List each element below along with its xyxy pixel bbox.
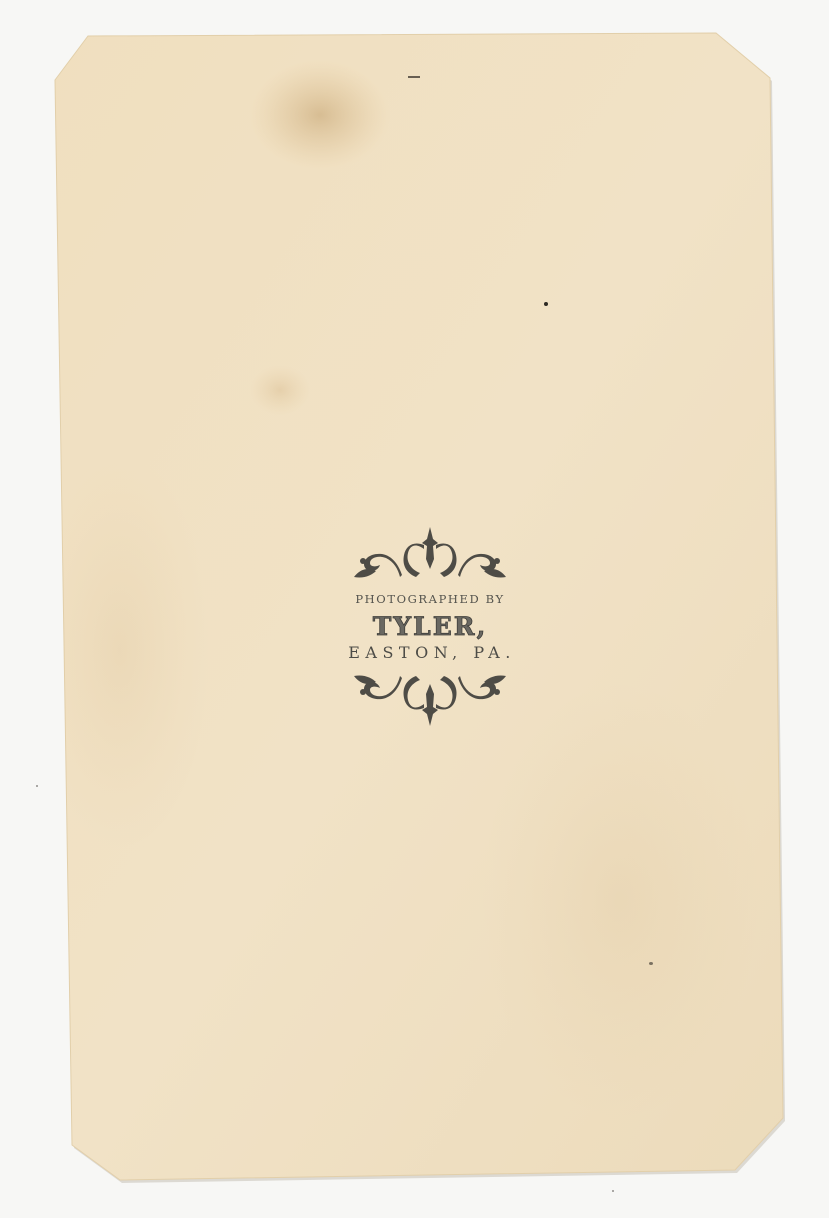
bottom-flourish-ornament-icon bbox=[350, 670, 510, 728]
studio-location: EASTON, PA. bbox=[310, 643, 550, 662]
ink-speck bbox=[612, 1190, 614, 1192]
photographer-name: TYLER, bbox=[310, 613, 550, 641]
ink-speck bbox=[36, 785, 38, 787]
photographed-by-text: PHOTOGRAPHED BY bbox=[310, 592, 550, 606]
ink-speck bbox=[544, 302, 548, 306]
photographer-imprint: PHOTOGRAPHED BY TYLER, EASTON, PA. bbox=[310, 525, 550, 728]
top-flourish-ornament-icon bbox=[350, 525, 510, 583]
ink-speck bbox=[649, 962, 653, 965]
